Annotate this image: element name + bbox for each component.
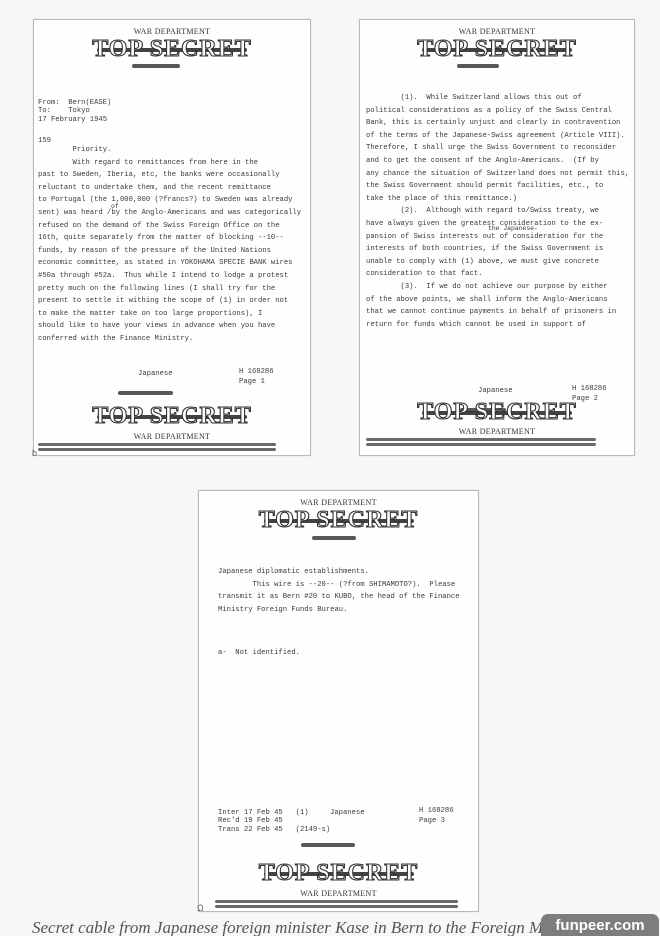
top-secret-stamp-bottom: TOP SECRET	[34, 404, 310, 428]
page-number: Page 3	[419, 817, 445, 825]
redacted-footnote	[38, 443, 276, 446]
letterhead-top: WAR DEPARTMENT	[34, 27, 310, 36]
top-secret-stamp-bottom: TOP SECRET	[360, 400, 634, 424]
top-secret-stamp-top: TOP SECRET	[199, 508, 478, 532]
redaction-mark	[312, 536, 356, 540]
redacted-footnote	[366, 443, 596, 446]
page-number: Page 1	[239, 378, 265, 386]
footnote-note: a- Not identified.	[218, 649, 300, 657]
top-secret-stamp-top: TOP SECRET	[34, 37, 310, 61]
redacted-footnote	[215, 905, 458, 908]
message-body: Priority. With regard to remittances fro…	[38, 144, 301, 346]
letterhead-bottom: WAR DEPARTMENT	[34, 432, 310, 441]
serial-number: H 168286	[419, 807, 454, 815]
redaction-mark	[132, 64, 180, 68]
interlinear-insertion: the Japanese-	[488, 225, 538, 232]
top-secret-stamp-bottom: TOP SECRET	[199, 861, 478, 885]
header-block: From: Bern(EASE) To: Tokyo 17 February 1…	[38, 99, 111, 124]
document-page-2: WAR DEPARTMENT TOP SECRET (1). While Swi…	[359, 19, 635, 456]
interlinear-insertion: of	[111, 203, 119, 210]
document-page-3: WAR DEPARTMENT TOP SECRET Japanese diplo…	[198, 490, 479, 912]
watermark-badge[interactable]: funpeer.com	[541, 914, 659, 936]
letterhead-bottom: WAR DEPARTMENT	[360, 427, 634, 436]
letterhead-top: WAR DEPARTMENT	[199, 498, 478, 507]
redaction-mark	[118, 391, 173, 395]
redaction-mark	[301, 843, 355, 847]
serial-number: H 168286	[572, 385, 607, 393]
letterhead-bottom: WAR DEPARTMENT	[199, 889, 478, 898]
top-secret-stamp-top: TOP SECRET	[360, 37, 634, 61]
language-label: Japanese	[330, 809, 365, 817]
message-body: Japanese diplomatic establishments. This…	[218, 566, 460, 616]
serial-number: H 168286	[239, 368, 274, 376]
redacted-footnote	[215, 900, 458, 903]
routing-block: Inter 17 Feb 45 (1) Rec'd 19 Feb 45 Tran…	[218, 809, 330, 834]
language-label: Japanese	[478, 387, 513, 395]
message-body: (1). While Switzerland allows this out o…	[366, 92, 629, 331]
document-page-1: WAR DEPARTMENT TOP SECRET From: Bern(EAS…	[33, 19, 311, 456]
redaction-mark	[457, 64, 499, 68]
language-label: Japanese	[138, 370, 173, 378]
pencil-mark: Ω	[197, 903, 204, 913]
redacted-footnote	[38, 448, 276, 451]
pencil-mark: b	[32, 448, 37, 458]
redacted-footnote	[366, 438, 596, 441]
letterhead-top: WAR DEPARTMENT	[360, 27, 634, 36]
